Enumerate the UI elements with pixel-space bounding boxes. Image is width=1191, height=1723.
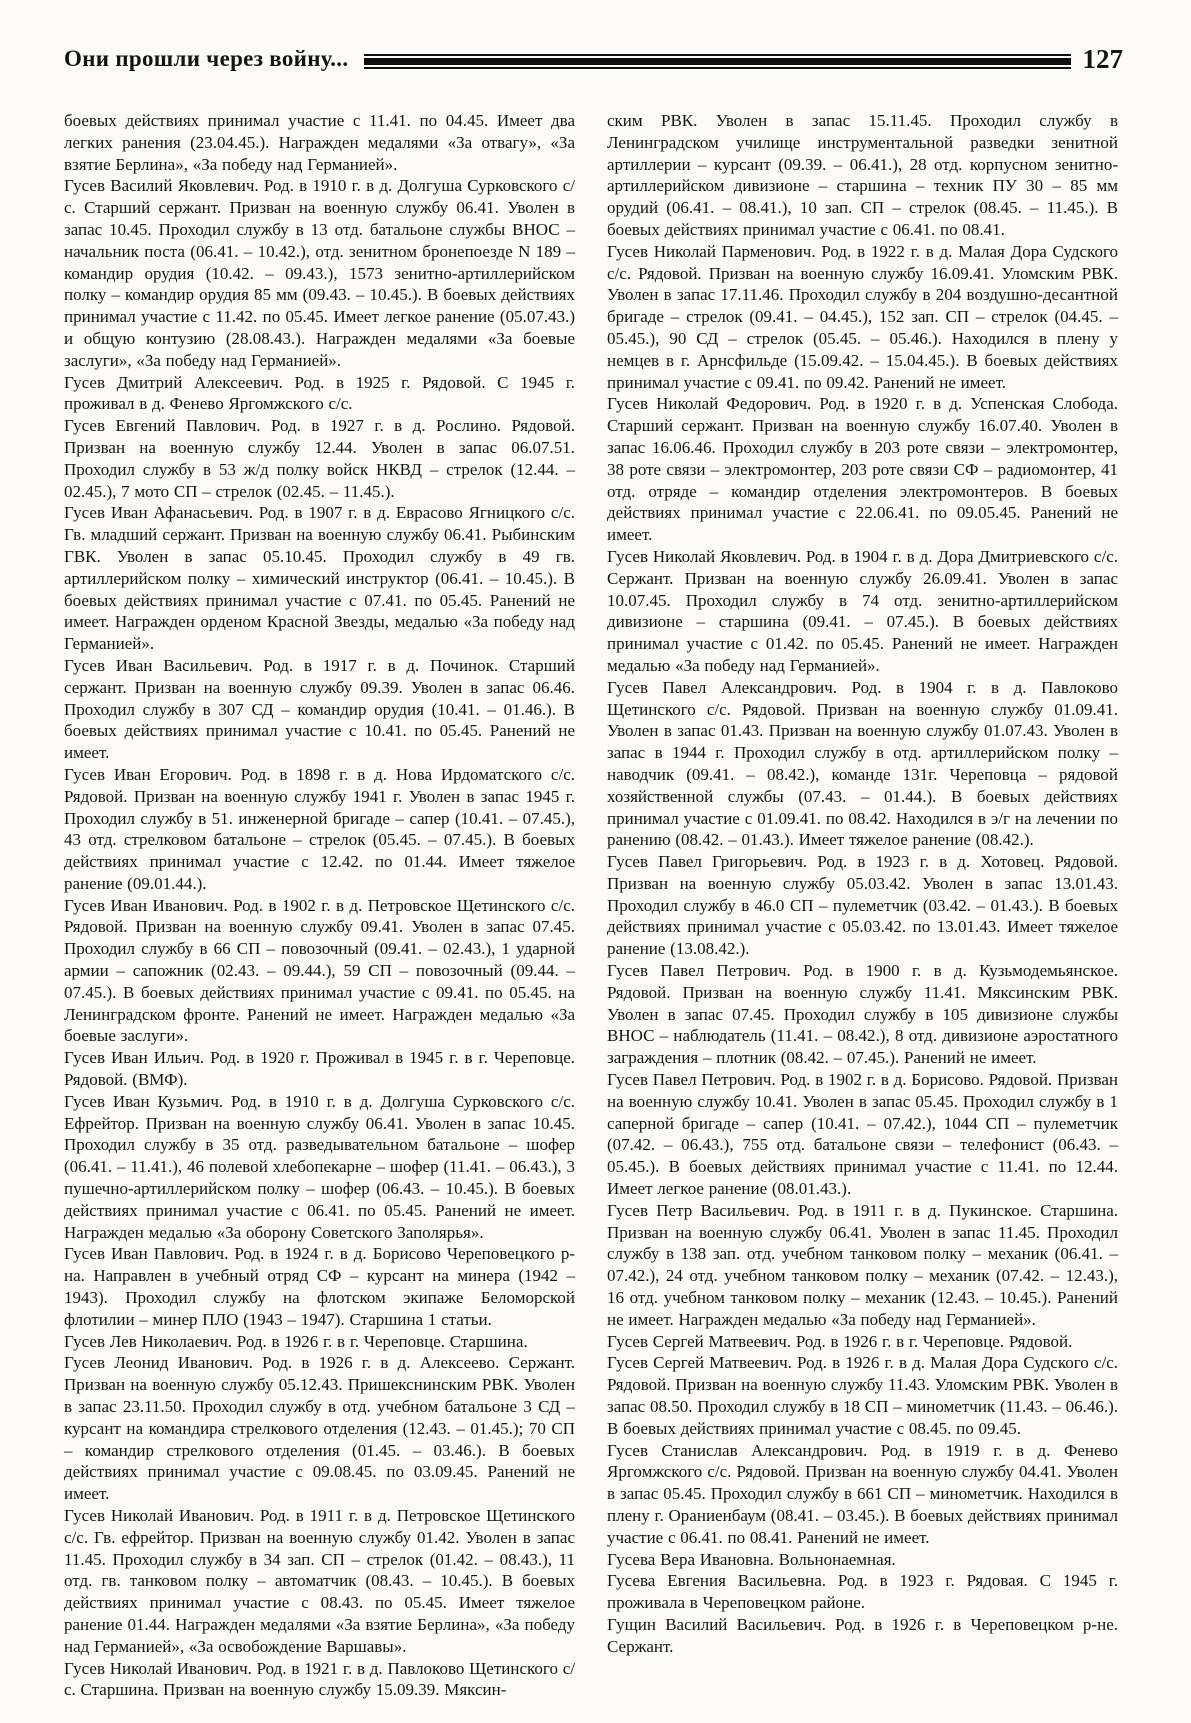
entry-paragraph: Гусев Василий Яковлевич. Род. в 1910 г. …	[64, 175, 575, 371]
entry-paragraph: Гусев Иван Кузьмич. Род. в 1910 г. в д. …	[64, 1091, 575, 1244]
rule-line-thick	[364, 58, 1070, 65]
entry-paragraph: Гусев Иван Васильевич. Род. в 1917 г. в …	[64, 655, 575, 764]
entry-paragraph: Гусева Евгения Васильевна. Род. в 1923 г…	[607, 1570, 1118, 1614]
right-column: ским РВК. Уволен в запас 15.11.45. Прохо…	[607, 110, 1118, 1701]
entry-paragraph: Гусев Дмитрий Алексеевич. Род. в 1925 г.…	[64, 372, 575, 416]
rule-line-thin-top	[364, 54, 1070, 56]
entry-paragraph: Гущин Василий Васильевич. Род. в 1926 г.…	[607, 1614, 1118, 1658]
left-column: боевых действиях принимал участие с 11.4…	[64, 110, 575, 1701]
entry-paragraph: Гусев Николай Федорович. Род. в 1920 г. …	[607, 393, 1118, 546]
entry-paragraph: Гусев Евгений Павлович. Род. в 1927 г. в…	[64, 415, 575, 502]
entry-paragraph: Гусев Иван Афанасьевич. Род. в 1907 г. в…	[64, 502, 575, 655]
entry-paragraph: Гусев Павел Григорьевич. Род. в 1923 г. …	[607, 851, 1118, 960]
text-columns: боевых действиях принимал участие с 11.4…	[64, 110, 1118, 1701]
entry-paragraph: ским РВК. Уволен в запас 15.11.45. Прохо…	[607, 110, 1118, 241]
entry-paragraph: Гусев Николай Парменович. Род. в 1922 г.…	[607, 241, 1118, 394]
page-number: 127	[1083, 46, 1124, 73]
entry-paragraph: Гусев Николай Яковлевич. Род. в 1904 г. …	[607, 546, 1118, 677]
entry-paragraph: Гусев Лев Николаевич. Род. в 1926 г. в г…	[64, 1331, 575, 1353]
entry-paragraph: Гусев Иван Егорович. Род. в 1898 г. в д.…	[64, 764, 575, 895]
book-page: Они прошли через войну... 127 боевых дей…	[0, 0, 1191, 1723]
entry-paragraph: Гусев Леонид Иванович. Род. в 1926 г. в …	[64, 1352, 575, 1505]
entry-paragraph: Гусев Павел Петрович. Род. в 1900 г. в д…	[607, 960, 1118, 1069]
entry-paragraph: Гусев Петр Васильевич. Род. в 1911 г. в …	[607, 1200, 1118, 1331]
page-header: Они прошли через войну... 127	[64, 40, 1123, 78]
entry-paragraph: Гусев Станислав Александрович. Род. в 19…	[607, 1440, 1118, 1549]
entry-paragraph: Гусев Сергей Матвеевич. Род. в 1926 г. в…	[607, 1352, 1118, 1439]
header-rule	[364, 54, 1070, 69]
entry-paragraph: Гусев Иван Ильич. Род. в 1920 г. Прожива…	[64, 1047, 575, 1091]
running-title: Они прошли через войну...	[64, 46, 348, 72]
entry-paragraph: Гусев Павел Петрович. Род. в 1902 г. в д…	[607, 1069, 1118, 1200]
entry-paragraph: Гусев Павел Александрович. Род. в 1904 г…	[607, 677, 1118, 851]
rule-line-thin-bottom	[364, 67, 1070, 69]
entry-paragraph: Гусев Иван Иванович. Род. в 1902 г. в д.…	[64, 895, 575, 1048]
entry-paragraph: боевых действиях принимал участие с 11.4…	[64, 110, 575, 175]
entry-paragraph: Гусев Николай Иванович. Род. в 1921 г. в…	[64, 1658, 575, 1702]
entry-paragraph: Гусев Николай Иванович. Род. в 1911 г. в…	[64, 1505, 575, 1658]
entry-paragraph: Гусева Вера Ивановна. Вольнонаемная.	[607, 1549, 1118, 1571]
entry-paragraph: Гусев Иван Павлович. Род. в 1924 г. в д.…	[64, 1243, 575, 1330]
entry-paragraph: Гусев Сергей Матвеевич. Род. в 1926 г. в…	[607, 1331, 1118, 1353]
